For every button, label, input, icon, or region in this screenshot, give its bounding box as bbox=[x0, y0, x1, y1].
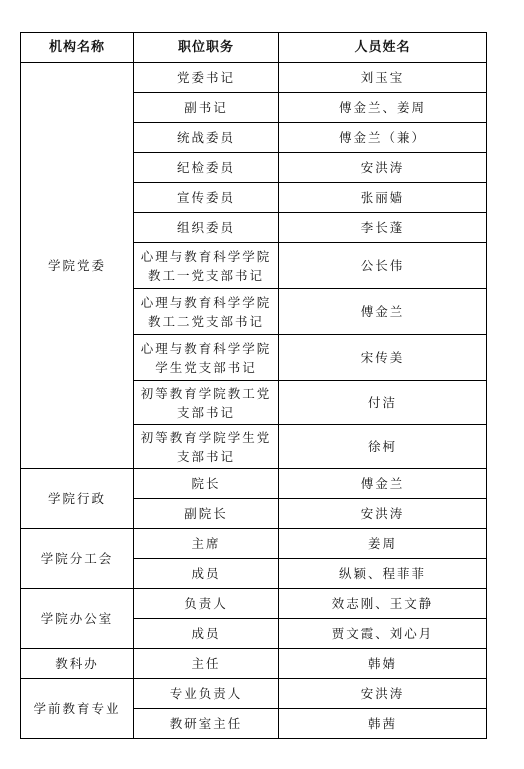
table-row: 学院分工会 主席 姜周 bbox=[21, 529, 487, 559]
position-cell: 主任 bbox=[134, 649, 279, 679]
org-cell: 学院办公室 bbox=[21, 589, 134, 649]
names-cell: 贾文霞、刘心月 bbox=[279, 619, 487, 649]
header-names: 人员姓名 bbox=[279, 33, 487, 63]
names-cell: 刘玉宝 bbox=[279, 63, 487, 93]
names-cell: 安洪涛 bbox=[279, 679, 487, 709]
names-cell: 效志刚、王文静 bbox=[279, 589, 487, 619]
org-cell: 学前教育专业 bbox=[21, 679, 134, 739]
position-cell: 专业负责人 bbox=[134, 679, 279, 709]
header-position: 职位职务 bbox=[134, 33, 279, 63]
position-cell: 心理与教育科学学院教工二党支部书记 bbox=[134, 289, 279, 335]
position-cell: 心理与教育科学学院学生党支部书记 bbox=[134, 335, 279, 381]
org-cell: 教科办 bbox=[21, 649, 134, 679]
names-cell: 傅金兰 bbox=[279, 469, 487, 499]
organization-table: 机构名称 职位职务 人员姓名 学院党委 党委书记 刘玉宝 副书记 傅金兰、姜周 … bbox=[20, 32, 487, 739]
org-cell: 学院分工会 bbox=[21, 529, 134, 589]
position-cell: 心理与教育科学学院教工一党支部书记 bbox=[134, 243, 279, 289]
position-cell: 成员 bbox=[134, 559, 279, 589]
org-cell: 学院行政 bbox=[21, 469, 134, 529]
position-cell: 副院长 bbox=[134, 499, 279, 529]
names-cell: 傅金兰、姜周 bbox=[279, 93, 487, 123]
names-cell: 张丽嫱 bbox=[279, 183, 487, 213]
position-cell: 成员 bbox=[134, 619, 279, 649]
names-cell: 徐柯 bbox=[279, 425, 487, 469]
names-cell: 姜周 bbox=[279, 529, 487, 559]
org-cell: 学院党委 bbox=[21, 63, 134, 469]
position-cell: 主席 bbox=[134, 529, 279, 559]
names-cell: 韩婧 bbox=[279, 649, 487, 679]
position-cell: 统战委员 bbox=[134, 123, 279, 153]
names-cell: 韩茜 bbox=[279, 709, 487, 739]
names-cell: 李长蓬 bbox=[279, 213, 487, 243]
position-cell: 负责人 bbox=[134, 589, 279, 619]
names-cell: 安洪涛 bbox=[279, 499, 487, 529]
position-cell: 副书记 bbox=[134, 93, 279, 123]
position-cell: 组织委员 bbox=[134, 213, 279, 243]
table-row: 学前教育专业 专业负责人 安洪涛 bbox=[21, 679, 487, 709]
table-row: 学院党委 党委书记 刘玉宝 bbox=[21, 63, 487, 93]
position-cell: 纪检委员 bbox=[134, 153, 279, 183]
names-cell: 安洪涛 bbox=[279, 153, 487, 183]
names-cell: 纵颖、程菲菲 bbox=[279, 559, 487, 589]
table-row: 教科办 主任 韩婧 bbox=[21, 649, 487, 679]
names-cell: 公长伟 bbox=[279, 243, 487, 289]
position-cell: 初等教育学院教工党支部书记 bbox=[134, 381, 279, 425]
position-cell: 初等教育学院学生党支部书记 bbox=[134, 425, 279, 469]
position-cell: 院长 bbox=[134, 469, 279, 499]
names-cell: 宋传美 bbox=[279, 335, 487, 381]
header-row: 机构名称 职位职务 人员姓名 bbox=[21, 33, 487, 63]
position-cell: 宣传委员 bbox=[134, 183, 279, 213]
position-cell: 教研室主任 bbox=[134, 709, 279, 739]
header-org: 机构名称 bbox=[21, 33, 134, 63]
table-row: 学院行政 院长 傅金兰 bbox=[21, 469, 487, 499]
names-cell: 付洁 bbox=[279, 381, 487, 425]
names-cell: 傅金兰（兼） bbox=[279, 123, 487, 153]
names-cell: 傅金兰 bbox=[279, 289, 487, 335]
position-cell: 党委书记 bbox=[134, 63, 279, 93]
table-row: 学院办公室 负责人 效志刚、王文静 bbox=[21, 589, 487, 619]
